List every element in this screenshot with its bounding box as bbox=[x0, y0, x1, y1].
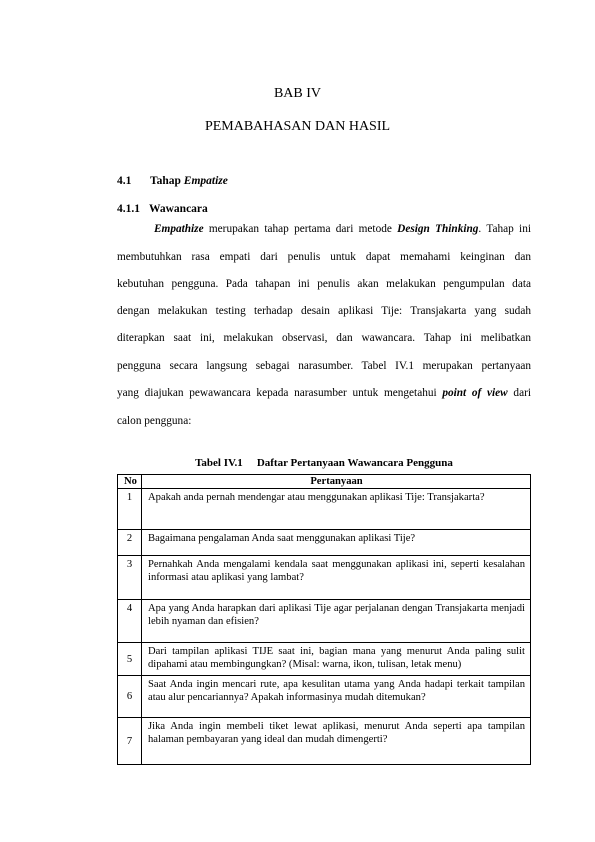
paragraph-text: dari bbox=[508, 387, 531, 399]
subsection-number: 4.1.1 bbox=[117, 203, 149, 215]
row-question: Apa yang Anda harapkan dari aplikasi Tij… bbox=[142, 600, 531, 643]
row-number: 1 bbox=[118, 489, 142, 530]
table-caption: Tabel IV.1Daftar Pertanyaan Wawancara Pe… bbox=[0, 457, 595, 469]
paragraph-line: Empathize merupakan tahap pertama dari m… bbox=[117, 221, 531, 237]
table-header-row: No Pertanyaan bbox=[118, 475, 531, 489]
section-title-italic: Empatize bbox=[184, 175, 228, 187]
table-caption-number: Tabel IV.1 bbox=[195, 457, 243, 469]
paragraph-line: dengan melakukan testing terhadap desain… bbox=[117, 303, 531, 319]
paragraph-text: yang diajukan pewawancara kepada narasum… bbox=[117, 387, 442, 399]
emphasized-term: Empathize bbox=[154, 223, 204, 235]
row-question: Pernahkah Anda mengalami kendala saat me… bbox=[142, 556, 531, 600]
chapter-title: PEMABAHASAN DAN HASIL bbox=[0, 119, 595, 135]
paragraph-text: pengguna secara langsung sebagai narasum… bbox=[117, 360, 531, 372]
table-row: 4Apa yang Anda harapkan dari aplikasi Ti… bbox=[118, 600, 531, 643]
chapter-label: BAB IV bbox=[0, 86, 595, 102]
paragraph-text: membutuhkan rasa empati dari penulis unt… bbox=[117, 251, 531, 263]
subsection-title: Wawancara bbox=[149, 203, 208, 215]
emphasized-term: point of view bbox=[442, 387, 507, 399]
paragraph-line: membutuhkan rasa empati dari penulis unt… bbox=[117, 249, 531, 265]
paragraph-text: merupakan tahap pertama dari metode bbox=[204, 223, 398, 235]
table-row: 3Pernahkah Anda mengalami kendala saat m… bbox=[118, 556, 531, 600]
paragraph-text: . Tahap ini bbox=[478, 223, 531, 235]
row-number: 7 bbox=[118, 718, 142, 765]
emphasized-term: Design Thinking bbox=[397, 223, 478, 235]
section-number: 4.1 bbox=[117, 175, 150, 187]
table-row: 5Dari tampilan aplikasi TIJE saat ini, b… bbox=[118, 643, 531, 676]
row-number: 4 bbox=[118, 600, 142, 643]
table-row: 7Jika Anda ingin membeli tiket lewat apl… bbox=[118, 718, 531, 765]
header-question: Pertanyaan bbox=[142, 475, 531, 489]
subsection-heading: 4.1.1Wawancara bbox=[117, 203, 208, 215]
table-caption-title: Daftar Pertanyaan Wawancara Pengguna bbox=[257, 457, 453, 469]
table-row: 1Apakah anda pernah mendengar atau mengg… bbox=[118, 489, 531, 530]
paragraph-text: diterapkan saat ini, melakukan observasi… bbox=[117, 332, 531, 344]
table-row: 2Bagaimana pengalaman Anda saat mengguna… bbox=[118, 530, 531, 556]
paragraph-line: calon pengguna: bbox=[117, 413, 531, 429]
section-title: Tahap bbox=[150, 175, 184, 187]
paragraph-line: pengguna secara langsung sebagai narasum… bbox=[117, 358, 531, 374]
row-number: 2 bbox=[118, 530, 142, 556]
paragraph-line: kebutuhan pengguna. Pada tahapan ini pen… bbox=[117, 276, 531, 292]
row-number: 5 bbox=[118, 643, 142, 676]
row-question: Saat Anda ingin mencari rute, apa kesuli… bbox=[142, 676, 531, 718]
row-question: Bagaimana pengalaman Anda saat menggunak… bbox=[142, 530, 531, 556]
paragraph-text: calon pengguna: bbox=[117, 415, 191, 427]
row-number: 6 bbox=[118, 676, 142, 718]
interview-questions-table: No Pertanyaan 1Apakah anda pernah menden… bbox=[117, 474, 531, 765]
row-question: Jika Anda ingin membeli tiket lewat apli… bbox=[142, 718, 531, 765]
paragraph-line: yang diajukan pewawancara kepada narasum… bbox=[117, 385, 531, 401]
section-heading: 4.1Tahap Empatize bbox=[117, 175, 228, 187]
table-row: 6Saat Anda ingin mencari rute, apa kesul… bbox=[118, 676, 531, 718]
row-number: 3 bbox=[118, 556, 142, 600]
row-question: Apakah anda pernah mendengar atau menggu… bbox=[142, 489, 531, 530]
paragraph-line: diterapkan saat ini, melakukan observasi… bbox=[117, 330, 531, 346]
document-page: BAB IV PEMABAHASAN DAN HASIL 4.1Tahap Em… bbox=[0, 0, 595, 842]
paragraph-text: kebutuhan pengguna. Pada tahapan ini pen… bbox=[117, 278, 531, 290]
row-question: Dari tampilan aplikasi TIJE saat ini, ba… bbox=[142, 643, 531, 676]
header-no: No bbox=[118, 475, 142, 489]
paragraph-text: dengan melakukan testing terhadap desain… bbox=[117, 305, 531, 317]
